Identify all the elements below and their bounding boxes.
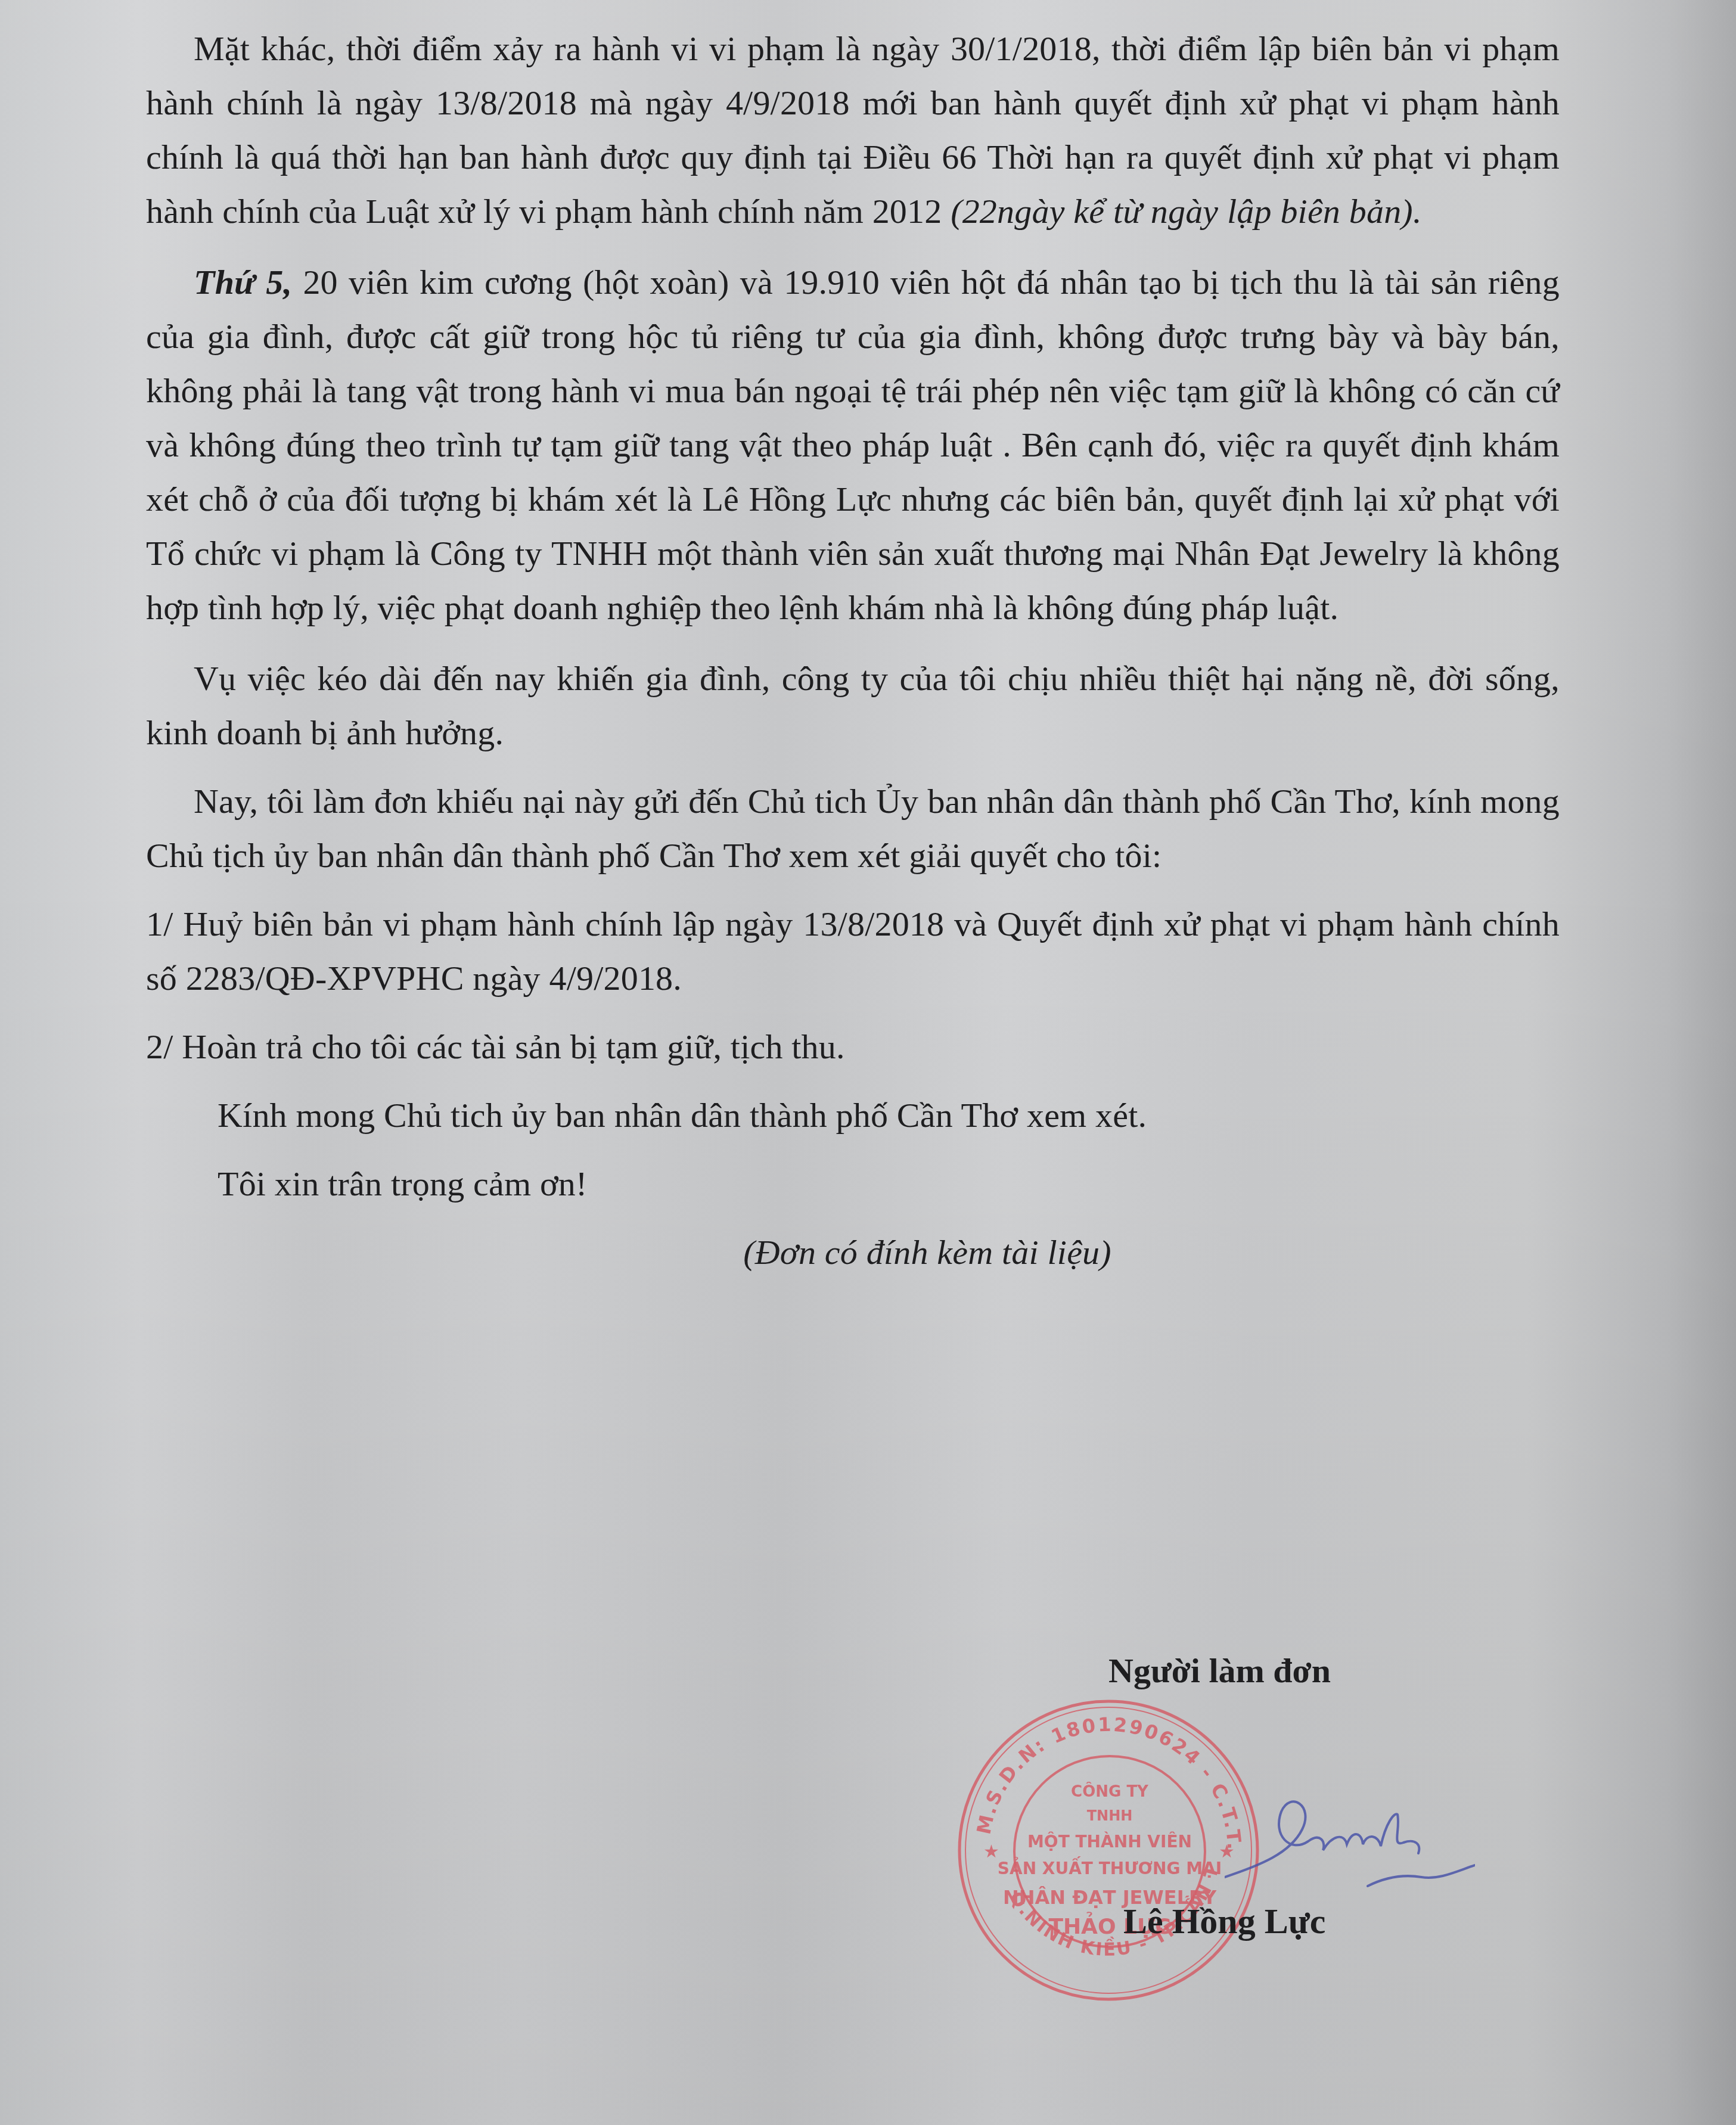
closing-request: Kính mong Chủ tich ủy ban nhân dân thành… — [146, 1088, 1560, 1142]
spacer — [146, 1211, 1560, 1225]
signature-title: Người làm đơn — [1108, 1651, 1331, 1691]
spacer — [146, 760, 1560, 774]
paragraph-text: 20 viên kim cương (hột xoàn) và 19.910 v… — [146, 263, 1560, 627]
company-stamp-icon: M.S.D.N: 1801290624 - C.T.T.N.H.H Q.NINH… — [954, 1695, 1263, 2005]
svg-text:CÔNG TY: CÔNG TY — [1071, 1782, 1149, 1801]
paragraph-italic-note: (22ngày kể từ ngày lập biên bản). — [951, 192, 1421, 231]
paragraph-request-intro: Nay, tôi làm đơn khiếu nại này gửi đến C… — [146, 774, 1560, 883]
paragraph-fifth-point: Thứ 5, 20 viên kim cương (hột xoàn) và 1… — [146, 255, 1560, 635]
attachment-note: (Đơn có đính kèm tài liệu) — [146, 1225, 1560, 1279]
spacer — [146, 1142, 1560, 1157]
paragraph-deadline: Mặt khác, thời điểm xảy ra hành vi vi ph… — [146, 21, 1560, 238]
spacer — [146, 238, 1560, 255]
paragraph-damages: Vụ việc kéo dài đến nay khiến gia đình, … — [146, 651, 1560, 760]
svg-text:MỘT THÀNH VIÊN: MỘT THÀNH VIÊN — [1027, 1831, 1192, 1851]
signature-icon — [1225, 1788, 1475, 1907]
spacer — [146, 1005, 1560, 1020]
spacer — [146, 635, 1560, 651]
closing-thanks: Tôi xin trân trọng cảm ơn! — [146, 1157, 1560, 1211]
spacer — [146, 883, 1560, 897]
svg-text:SẢN XUẤT THƯƠNG MẠI: SẢN XUẤT THƯƠNG MẠI — [998, 1856, 1222, 1878]
request-item-1: 1/ Huỷ biên bản vi phạm hành chính lập n… — [146, 897, 1560, 1005]
paragraph-lead: Thứ 5, — [194, 263, 292, 302]
spacer — [146, 1074, 1560, 1088]
svg-text:TNHH: TNHH — [1087, 1807, 1133, 1824]
signatory-name: Lê Hồng Lực — [1123, 1901, 1325, 1942]
document-body: Mặt khác, thời điểm xảy ra hành vi vi ph… — [146, 7, 1560, 1279]
request-item-2: 2/ Hoàn trả cho tôi các tài sản bị tạm g… — [146, 1020, 1560, 1074]
